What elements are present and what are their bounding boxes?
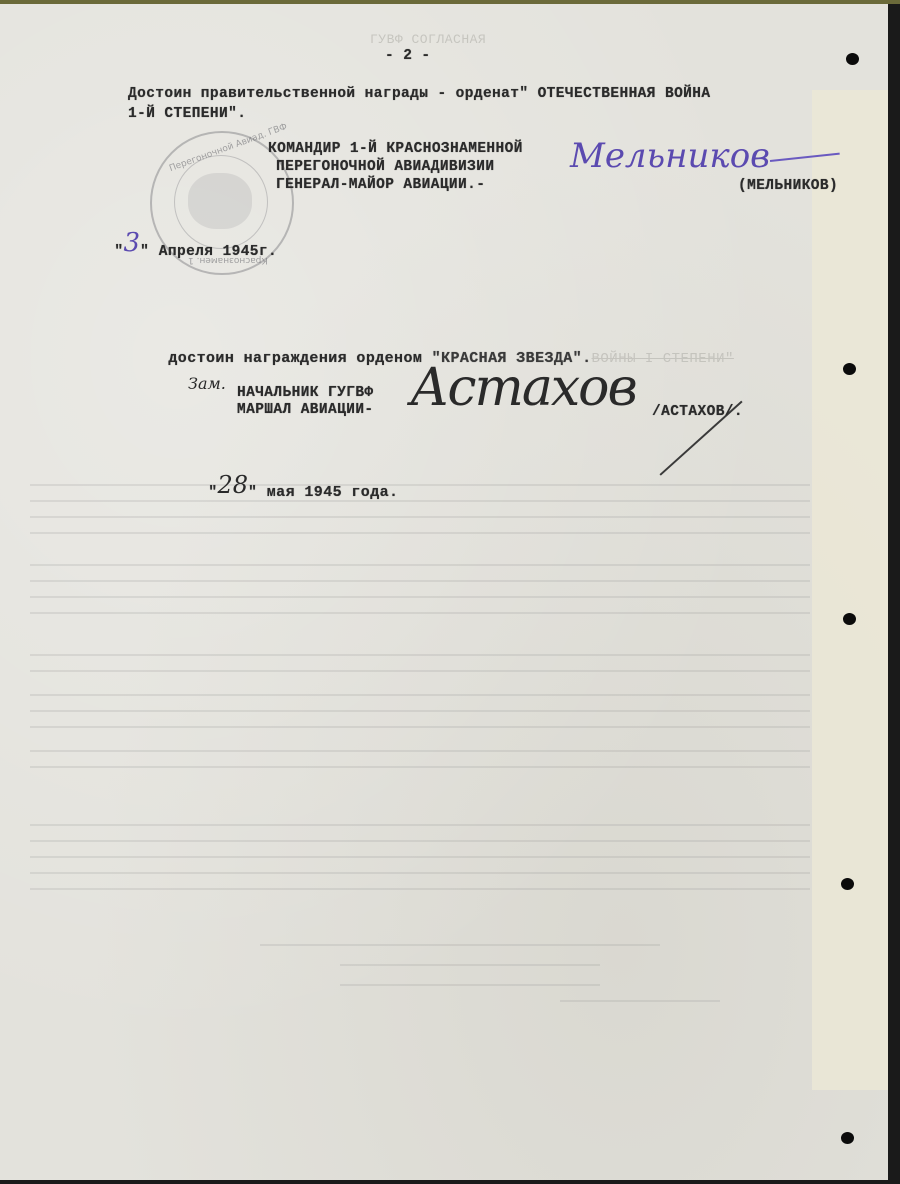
award-recommendation-line-1: Достоин правительственной награды - орде…	[128, 86, 711, 102]
commander-title-line-3: ГЕНЕРАЛ-МАЙОР АВИАЦИИ.-	[276, 177, 485, 193]
punch-hole-icon	[846, 53, 859, 65]
punch-hole-icon	[841, 1132, 854, 1144]
bleed-through-header: ГУВФ СОГЛАСНАЯ	[370, 32, 486, 47]
signing-date-1: "3" Апреля 1945г.	[76, 214, 277, 280]
handwritten-day: 28	[218, 471, 249, 499]
archival-tape-strip	[812, 90, 888, 1090]
chief-signature: Астахов	[410, 358, 636, 418]
chief-title-line-1: НАЧАЛЬНИК ГУГВФ	[237, 385, 374, 401]
chief-title-line-2: МАРШАЛ АВИАЦИИ-	[237, 402, 374, 418]
award-recommendation-line-2: 1-Й СТЕПЕНИ".	[128, 106, 246, 122]
punch-hole-icon	[841, 878, 854, 890]
handwritten-prefix: Зам.	[188, 374, 226, 393]
signing-date-2: "28" мая 1945 года.	[170, 456, 398, 520]
punch-hole-icon	[843, 363, 856, 375]
handwritten-day: 3	[124, 228, 141, 258]
punch-hole-icon	[843, 613, 856, 625]
commander-title-line-1: КОМАНДИР 1-Й КРАСНОЗНАМЕННОЙ	[268, 141, 523, 157]
commander-title-line-2: ПЕРЕГОНОЧНОЙ АВИАДИВИЗИИ	[276, 159, 494, 175]
commander-signature: Мельников	[570, 136, 770, 176]
page-number: - 2 -	[385, 48, 431, 64]
document-page: ГУВФ СОГЛАСНАЯ - 2 - Достоин правительст…	[0, 4, 888, 1180]
commander-name: (МЕЛЬНИКОВ)	[738, 178, 838, 194]
chief-name: /АСТАХОВ/.	[652, 404, 743, 420]
